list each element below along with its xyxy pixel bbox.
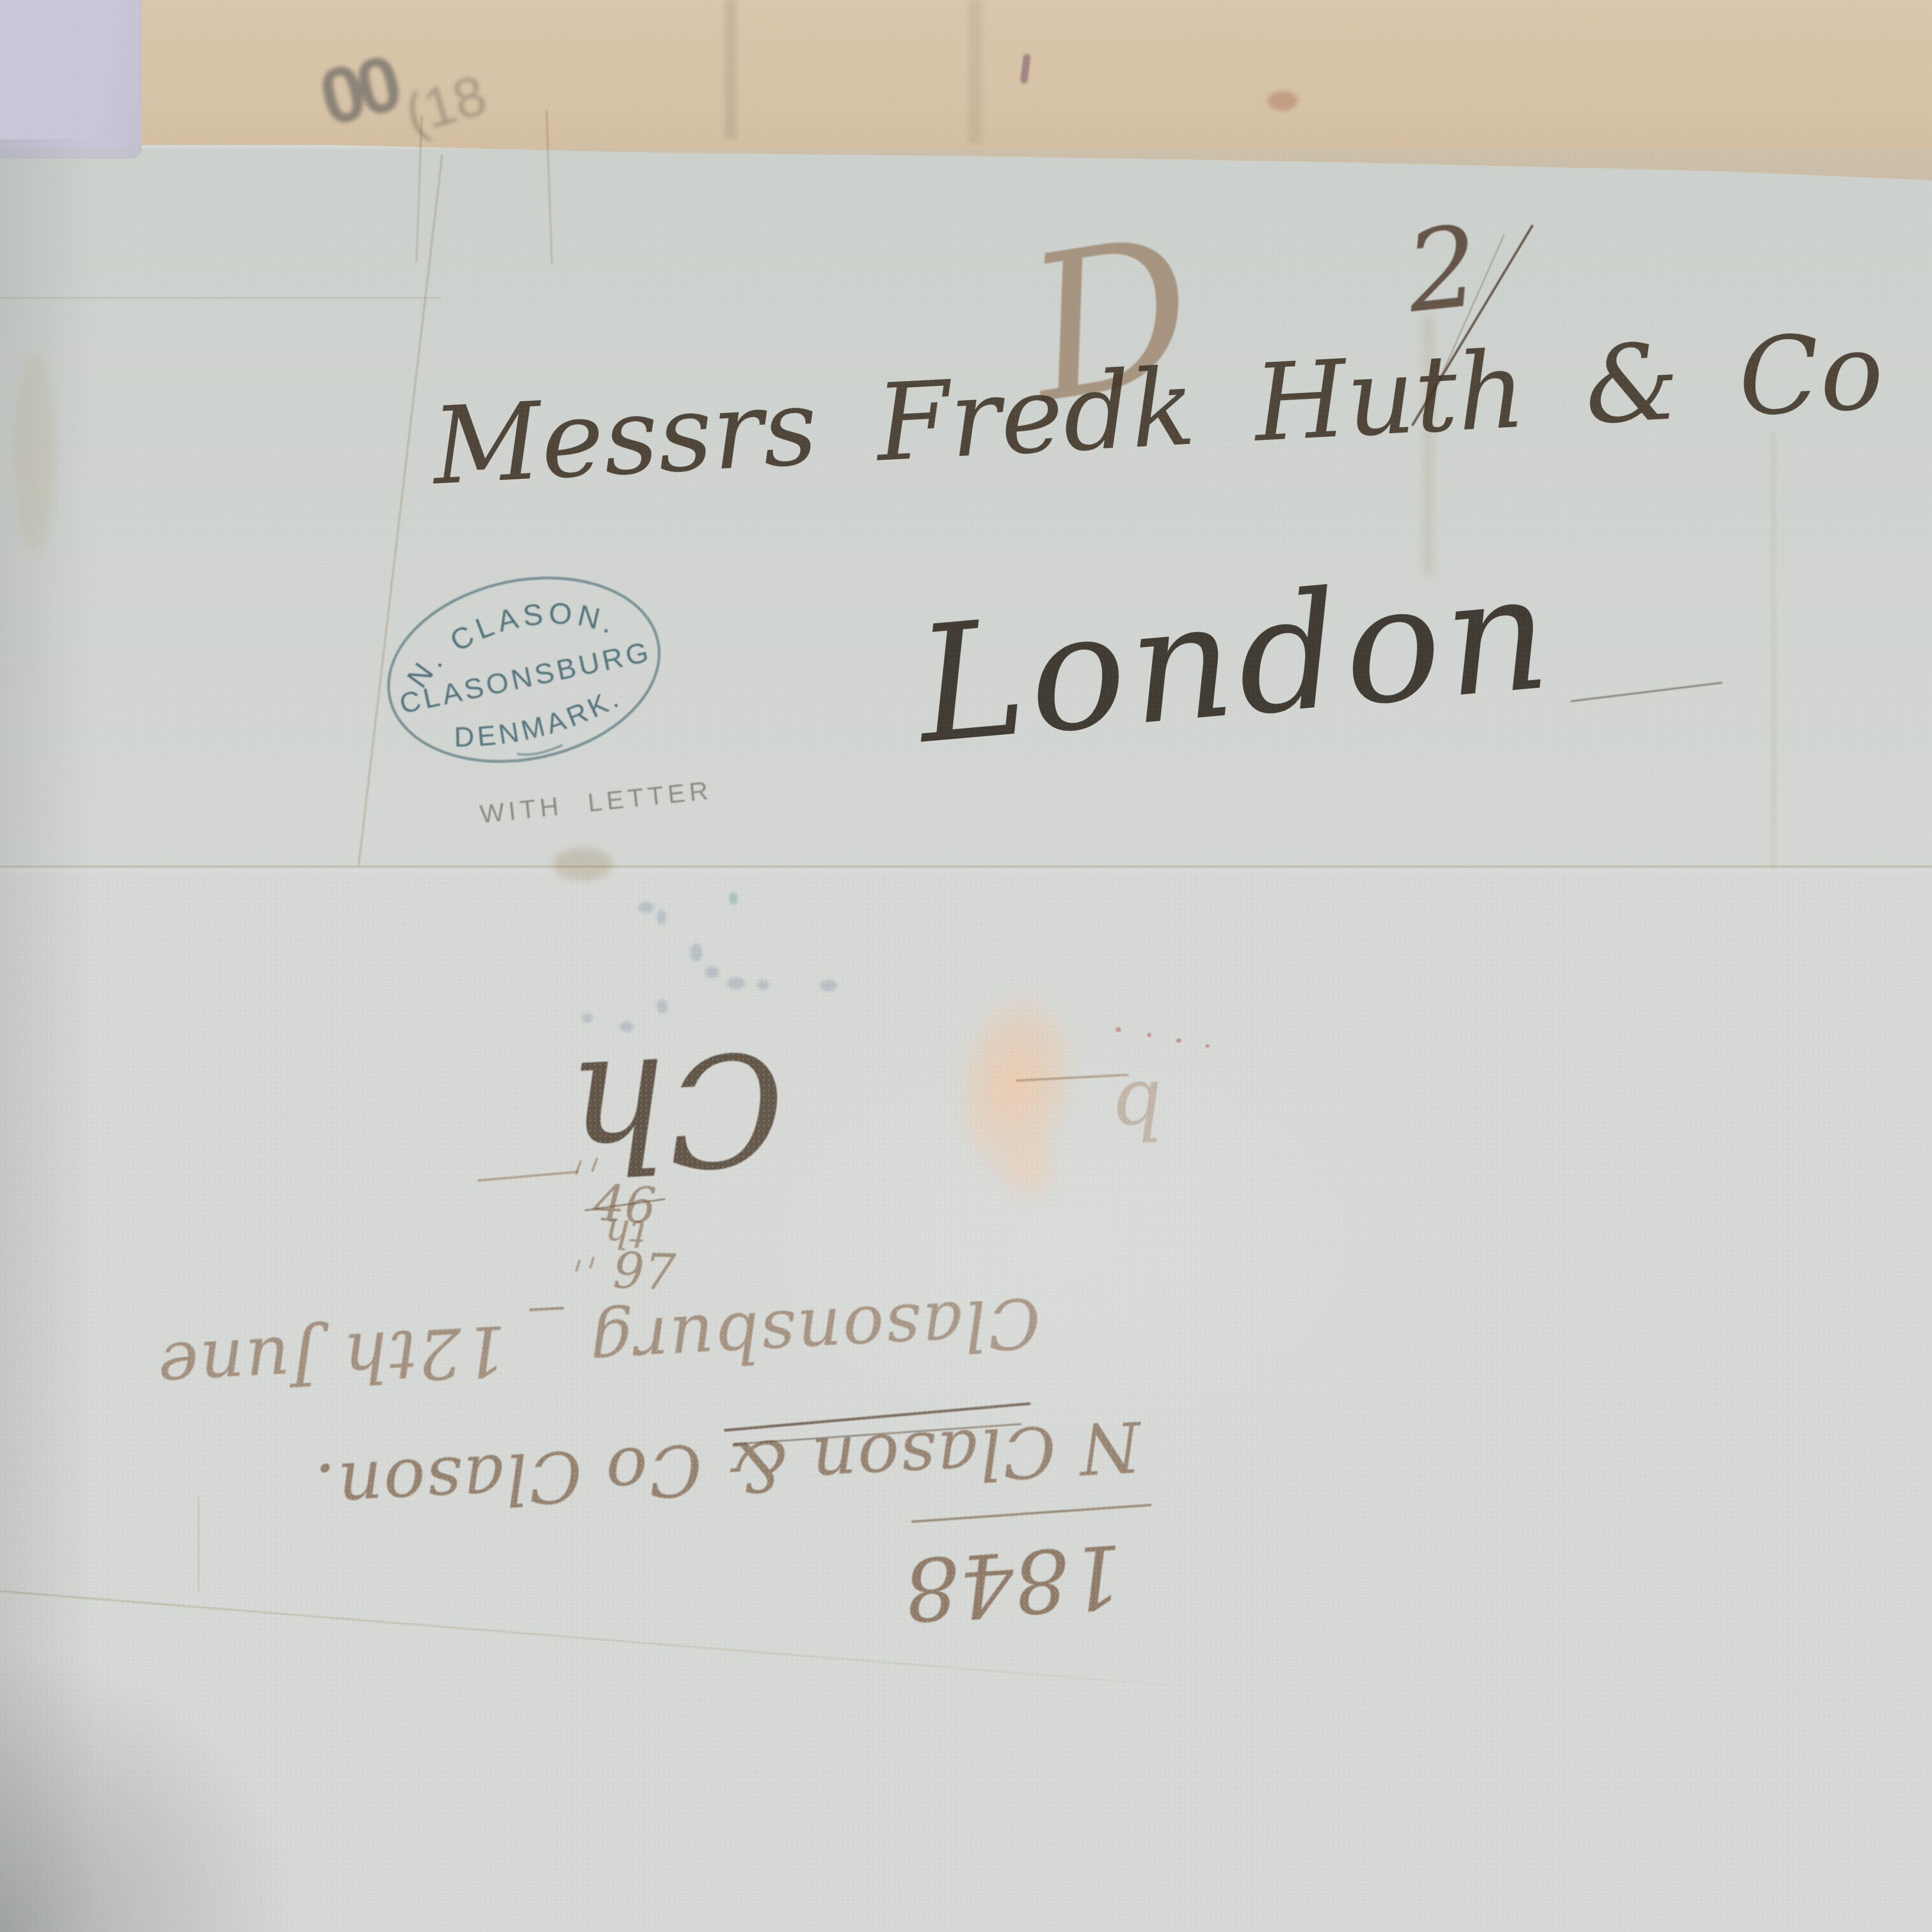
- rate-mark-digit: 2: [1401, 201, 1485, 338]
- red-smudge: [1268, 91, 1298, 111]
- letter-photo: 00 (18 D 2 Messrs Fredk Huth & Co London: [0, 0, 1932, 1932]
- left-edge-shadow: [0, 139, 121, 1932]
- tan-paper-streak: [724, 0, 737, 139]
- tan-paper-streak: [968, 0, 982, 144]
- lavender-paper-corner: [0, 0, 142, 159]
